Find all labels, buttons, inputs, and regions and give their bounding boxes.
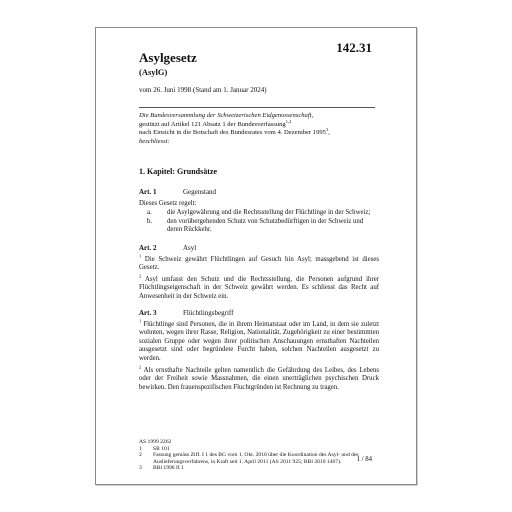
list-item: b.den vorübergehenden Schutz von Schutzb… — [139, 218, 379, 235]
preamble-line: beschliesst: — [139, 138, 379, 147]
article-title: Gegenstand — [183, 188, 216, 197]
footnote: 3BBl 1996 II 1 — [139, 465, 379, 472]
document-title: Asylgesetz — [139, 50, 197, 66]
article-3: Art. 3Flüchtlingsbegriff 1 Flüchtlinge s… — [139, 309, 379, 395]
article-title: Asyl — [183, 244, 196, 253]
paragraph: 2 Als ernsthafte Nachteile gelten nament… — [139, 367, 379, 393]
document-page: 142.31 Asylgesetz (AsylG) vom 26. Juni 1… — [95, 27, 417, 485]
article-title: Flüchtlingsbegriff — [183, 309, 233, 318]
footnotes: AS 1999 2262 1SR 101 2Fassung gemäss Zif… — [139, 439, 379, 472]
preamble-line: Die Bundesversammlung der Schweizerische… — [139, 112, 379, 121]
paragraph: 2 Asyl umfasst den Schutz und die Rechts… — [139, 276, 379, 302]
paragraph: 1 Die Schweiz gewährt Flüchtlingen auf G… — [139, 256, 379, 273]
document-abbreviation: (AsylG) — [139, 67, 167, 77]
article-number: Art. 1 — [139, 188, 183, 197]
page-indicator: 1 / 84 — [357, 456, 372, 463]
preamble-line: nach Einsicht in die Botschaft des Bunde… — [139, 129, 379, 138]
title-divider — [139, 107, 375, 108]
article-number: Art. 3 — [139, 309, 183, 318]
preamble-line: gestützt auf Artikel 121 Absatz 1 der Bu… — [139, 121, 379, 130]
document-date: vom 26. Juni 1998 (Stand am 1. Januar 20… — [139, 86, 267, 94]
article-number: Art. 2 — [139, 244, 183, 253]
sr-number: 142.31 — [336, 40, 372, 56]
footnote: 2Fassung gemäss Ziff. I 1 des BG vom 1. … — [139, 452, 379, 465]
preamble: Die Bundesversammlung der Schweizerische… — [139, 112, 379, 146]
paragraph: 1 Flüchtlinge sind Personen, die in ihre… — [139, 321, 379, 364]
article-2: Art. 2Asyl 1 Die Schweiz gewährt Flüchtl… — [139, 244, 379, 305]
article-intro: Dieses Gesetz regelt: — [139, 200, 379, 209]
chapter-heading: 1. Kapitel: Grundsätze — [139, 167, 217, 176]
article-1: Art. 1Gegenstand Dieses Gesetz regelt: a… — [139, 188, 379, 235]
footnote-as-ref: AS 1999 2262 — [139, 439, 379, 446]
list-item: a.die Asylgewährung und die Rechtsstellu… — [139, 209, 379, 218]
